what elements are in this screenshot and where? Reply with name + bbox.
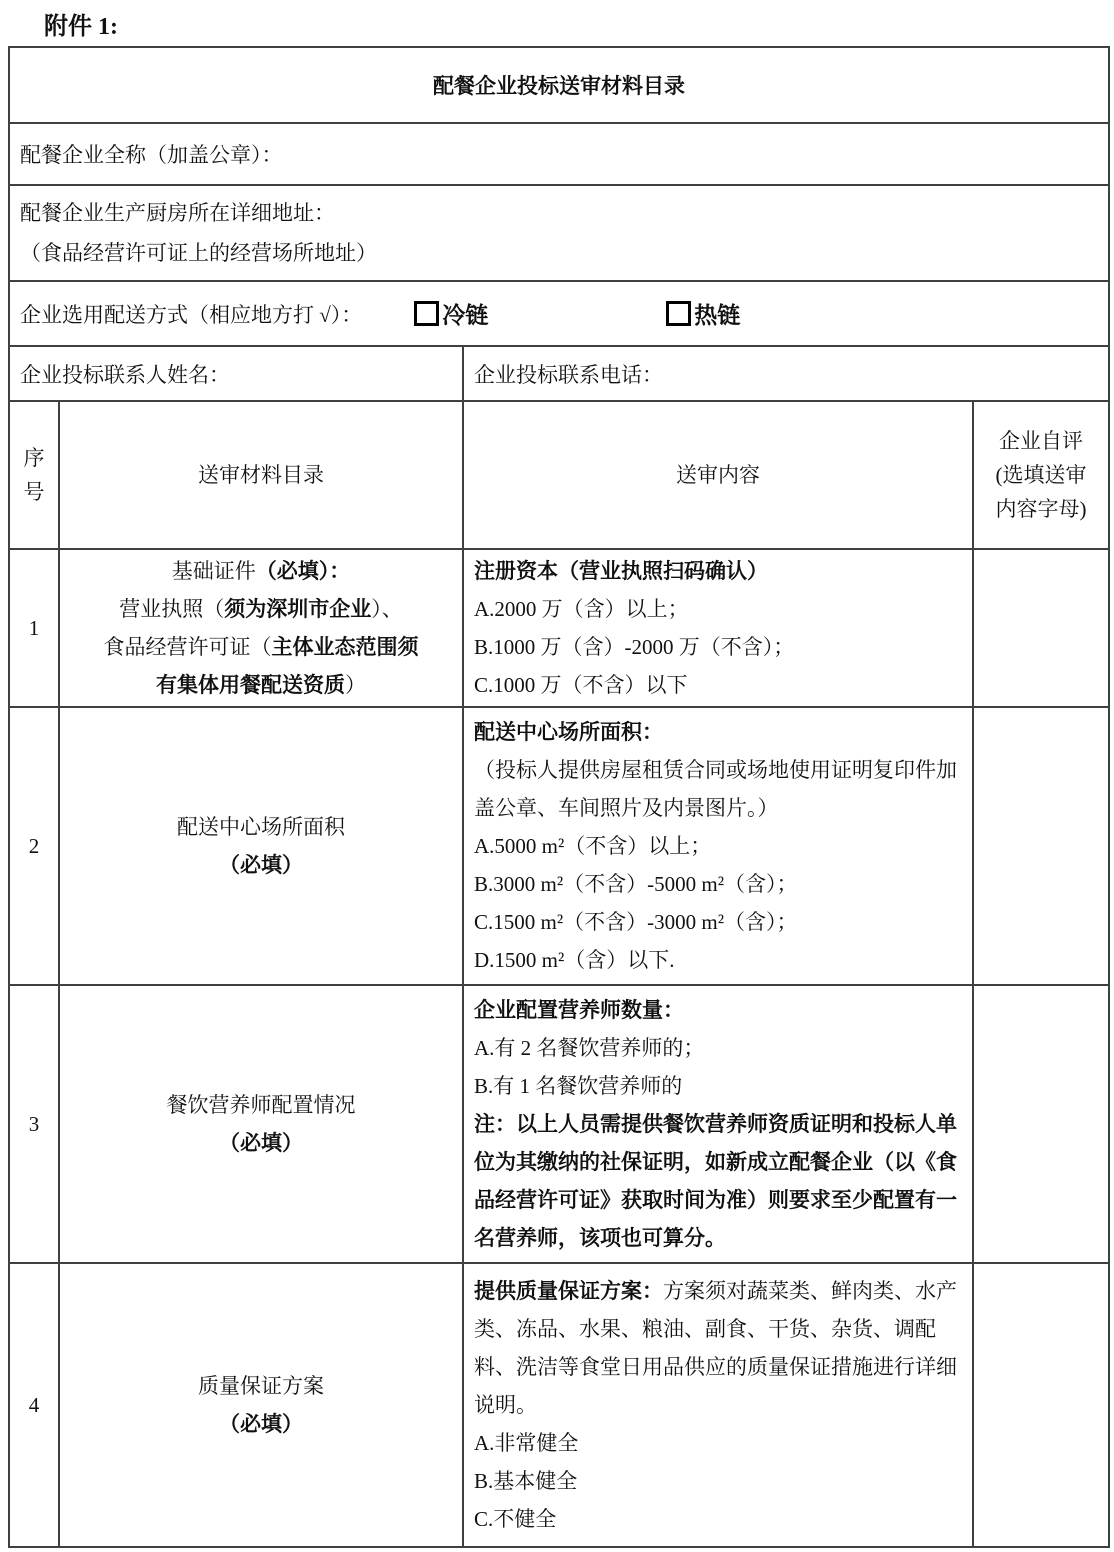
header-self-eval: 企业自评(选填送审内容字母) — [973, 401, 1109, 549]
delivery-option-hot-chain: 热链 — [666, 297, 740, 330]
row-3-materials: 餐饮营养师配置情况（必填） — [59, 985, 463, 1263]
contact-phone-label: 企业投标联系电话： — [463, 346, 1109, 401]
cold-chain-checkbox[interactable] — [414, 301, 439, 326]
row-3-content: 企业配置营养师数量：A.有 2 名餐饮营养师的；B.有 1 名餐饮营养师的注：以… — [463, 985, 973, 1263]
company-name-row: 配餐企业全称（加盖公章）： — [9, 123, 1109, 185]
hot-chain-label: 热链 — [694, 297, 740, 330]
company-name-label: 配餐企业全称（加盖公章）： — [9, 123, 1109, 185]
row-1-number: 1 — [9, 549, 59, 707]
row-4-materials: 质量保证方案（必填） — [59, 1263, 463, 1547]
address-row: 配餐企业生产厨房所在详细地址： （食品经营许可证上的经营场所地址） — [9, 185, 1109, 281]
attachment-label: 附件 1: — [44, 6, 118, 41]
row-3-number: 3 — [9, 985, 59, 1263]
row-1-content: 注册资本（营业执照扫码确认）A.2000 万（含）以上；B.1000 万（含）-… — [463, 549, 973, 707]
row-2-self-eval-cell — [973, 707, 1109, 985]
table-row: 1 基础证件（必填）：营业执照（须为深圳市企业）、食品经营许可证（主体业态范围须… — [9, 549, 1109, 707]
contact-name-label: 企业投标联系人姓名： — [9, 346, 463, 401]
row-4-self-eval-cell — [973, 1263, 1109, 1547]
materials-directory-table: 配餐企业投标送审材料目录 配餐企业全称（加盖公章）： 配餐企业生产厨房所在详细地… — [8, 46, 1110, 1548]
hot-chain-checkbox[interactable] — [666, 301, 691, 326]
address-label-line1: 配餐企业生产厨房所在详细地址： — [20, 193, 1108, 233]
row-1-self-eval-cell — [973, 549, 1109, 707]
header-row: 序号 送审材料目录 送审内容 企业自评(选填送审内容字母) — [9, 401, 1109, 549]
table-row: 3 餐饮营养师配置情况（必填） 企业配置营养师数量：A.有 2 名餐饮营养师的；… — [9, 985, 1109, 1263]
table-title: 配餐企业投标送审材料目录 — [9, 47, 1109, 123]
delivery-method-row: 企业选用配送方式（相应地方打 √）： 冷链 热链 — [9, 281, 1109, 346]
table-row: 2 配送中心场所面积（必填） 配送中心场所面积：（投标人提供房屋租赁合同或场地使… — [9, 707, 1109, 985]
row-1-materials: 基础证件（必填）：营业执照（须为深圳市企业）、食品经营许可证（主体业态范围须有集… — [59, 549, 463, 707]
delivery-method-label: 企业选用配送方式（相应地方打 √）： — [20, 299, 362, 329]
address-label-line2: （食品经营许可证上的经营场所地址） — [20, 233, 1108, 273]
row-3-self-eval-cell — [973, 985, 1109, 1263]
table-row: 4 质量保证方案（必填） 提供质量保证方案：方案须对蔬菜类、鲜肉类、水产类、冻品… — [9, 1263, 1109, 1547]
cold-chain-label: 冷链 — [442, 297, 488, 330]
address-cell: 配餐企业生产厨房所在详细地址： （食品经营许可证上的经营场所地址） — [9, 185, 1109, 281]
title-row: 配餐企业投标送审材料目录 — [9, 47, 1109, 123]
header-materials: 送审材料目录 — [59, 401, 463, 549]
delivery-option-cold-chain: 冷链 — [414, 297, 488, 330]
delivery-cell: 企业选用配送方式（相应地方打 √）： 冷链 热链 — [9, 281, 1109, 346]
header-content: 送审内容 — [463, 401, 973, 549]
row-2-number: 2 — [9, 707, 59, 985]
contact-row: 企业投标联系人姓名： 企业投标联系电话： — [9, 346, 1109, 401]
header-no: 序号 — [9, 401, 59, 549]
row-2-content: 配送中心场所面积：（投标人提供房屋租赁合同或场地使用证明复印件加盖公章、车间照片… — [463, 707, 973, 985]
row-4-number: 4 — [9, 1263, 59, 1547]
row-4-content: 提供质量保证方案：方案须对蔬菜类、鲜肉类、水产类、冻品、水果、粮油、副食、干货、… — [463, 1263, 973, 1547]
row-2-materials: 配送中心场所面积（必填） — [59, 707, 463, 985]
